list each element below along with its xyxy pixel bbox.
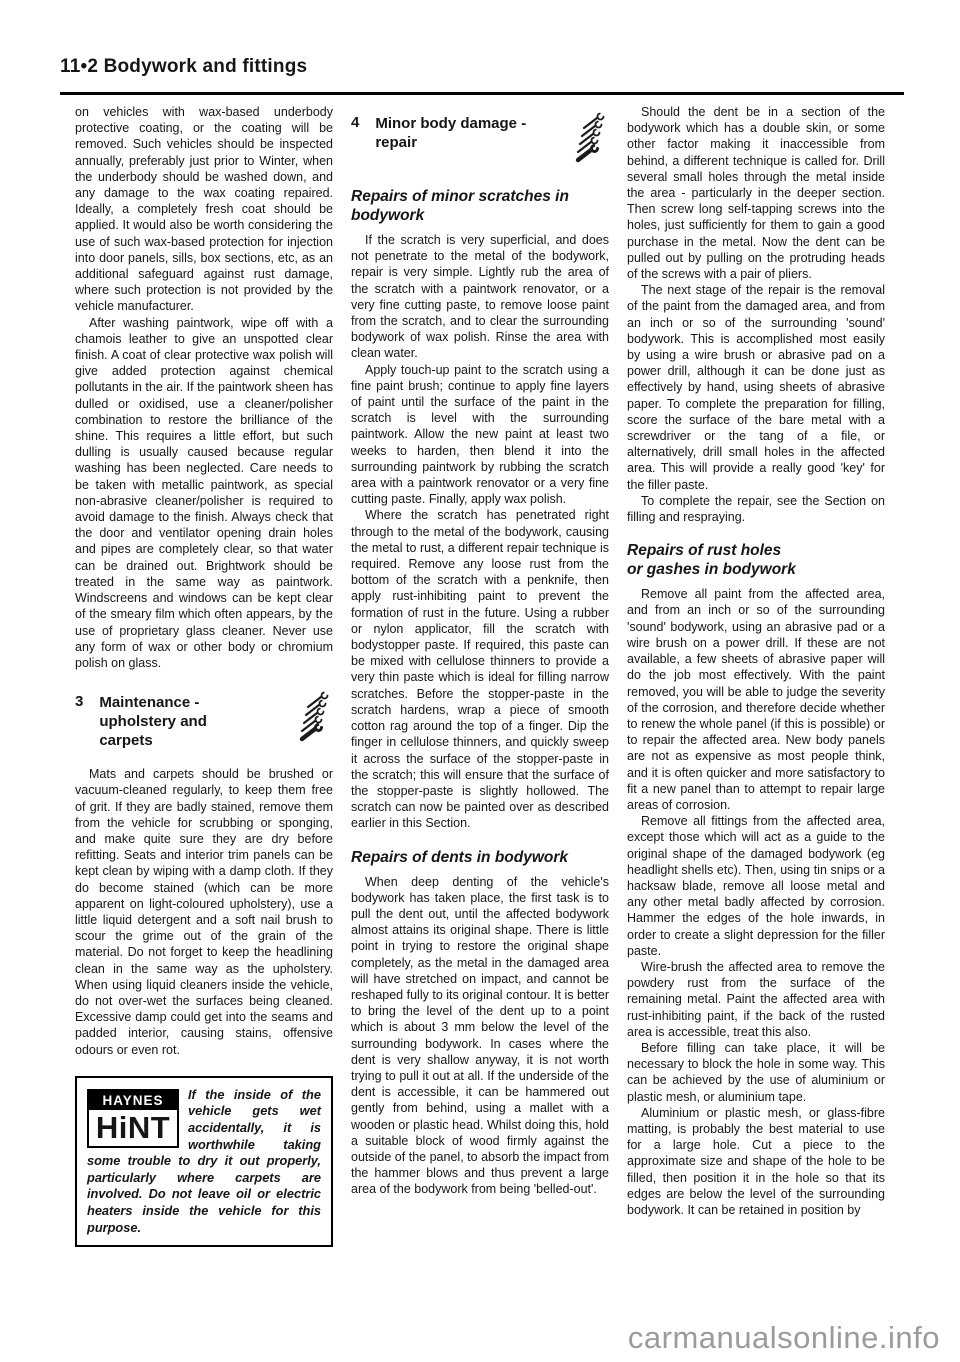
watermark: carmanualsonline.info bbox=[628, 1320, 940, 1356]
subsection-heading: Repairs of minor scratches in bodywork bbox=[351, 187, 609, 225]
paragraph: If the scratch is very superficial, and … bbox=[351, 232, 609, 362]
column-3: Should the dent be in a section of the b… bbox=[627, 104, 885, 1218]
paragraph: Where the scratch has penetrated right t… bbox=[351, 507, 609, 831]
section-4-heading: 4 Minor body damage - repair bbox=[351, 114, 609, 171]
haynes-hint-box: HAYNES HiNT If the inside of the vehicle… bbox=[75, 1076, 333, 1247]
paragraph: Should the dent be in a section of the b… bbox=[627, 104, 885, 282]
section-number: 4 bbox=[351, 114, 359, 131]
paragraph: Apply touch-up paint to the scratch usin… bbox=[351, 362, 609, 508]
column-2: 4 Minor body damage - repair Repairs bbox=[351, 104, 609, 1198]
hint-logo-text: HiNT bbox=[89, 1110, 177, 1146]
paragraph: The next stage of the repair is the remo… bbox=[627, 282, 885, 493]
subsection-heading: Repairs of rust holes or gashes in bodyw… bbox=[627, 541, 885, 579]
paragraph: Aluminium or plastic mesh, or glass-fibr… bbox=[627, 1105, 885, 1218]
paragraph: After washing paintwork, wipe off with a… bbox=[75, 315, 333, 671]
difficulty-spanner-stack-icon bbox=[299, 691, 333, 748]
paragraph: Mats and carpets should be brushed or va… bbox=[75, 766, 333, 1058]
text-columns: on vehicles with wax-based underbody pro… bbox=[75, 104, 885, 1247]
paragraph: on vehicles with wax-based underbody pro… bbox=[75, 104, 333, 315]
page-title: 11•2 Bodywork and fittings bbox=[60, 56, 307, 78]
section-title: Minor body damage - repair bbox=[375, 114, 526, 152]
paragraph: Remove all paint from the affected area,… bbox=[627, 586, 885, 813]
paragraph: Before filling can take place, it will b… bbox=[627, 1040, 885, 1105]
paragraph: Remove all fittings from the affected ar… bbox=[627, 813, 885, 959]
header-divider bbox=[60, 92, 904, 95]
section-number: 3 bbox=[75, 693, 83, 710]
section-3-heading: 3 Maintenance - upholstery and carpets bbox=[75, 693, 333, 750]
haynes-hint-logo: HAYNES HiNT bbox=[87, 1089, 179, 1148]
manual-page: 11•2 Bodywork and fittings on vehicles w… bbox=[0, 0, 960, 1362]
column-1: on vehicles with wax-based underbody pro… bbox=[75, 104, 333, 1247]
difficulty-spanner-stack-icon bbox=[575, 112, 609, 169]
paragraph: Wire-brush the affected area to remove t… bbox=[627, 959, 885, 1040]
section-title: Maintenance - upholstery and carpets bbox=[99, 693, 259, 750]
paragraph: To complete the repair, see the Section … bbox=[627, 493, 885, 525]
haynes-logo-text: HAYNES bbox=[89, 1091, 177, 1110]
paragraph: When deep denting of the vehicle's bodyw… bbox=[351, 874, 609, 1198]
subsection-heading: Repairs of dents in bodywork bbox=[351, 848, 609, 867]
